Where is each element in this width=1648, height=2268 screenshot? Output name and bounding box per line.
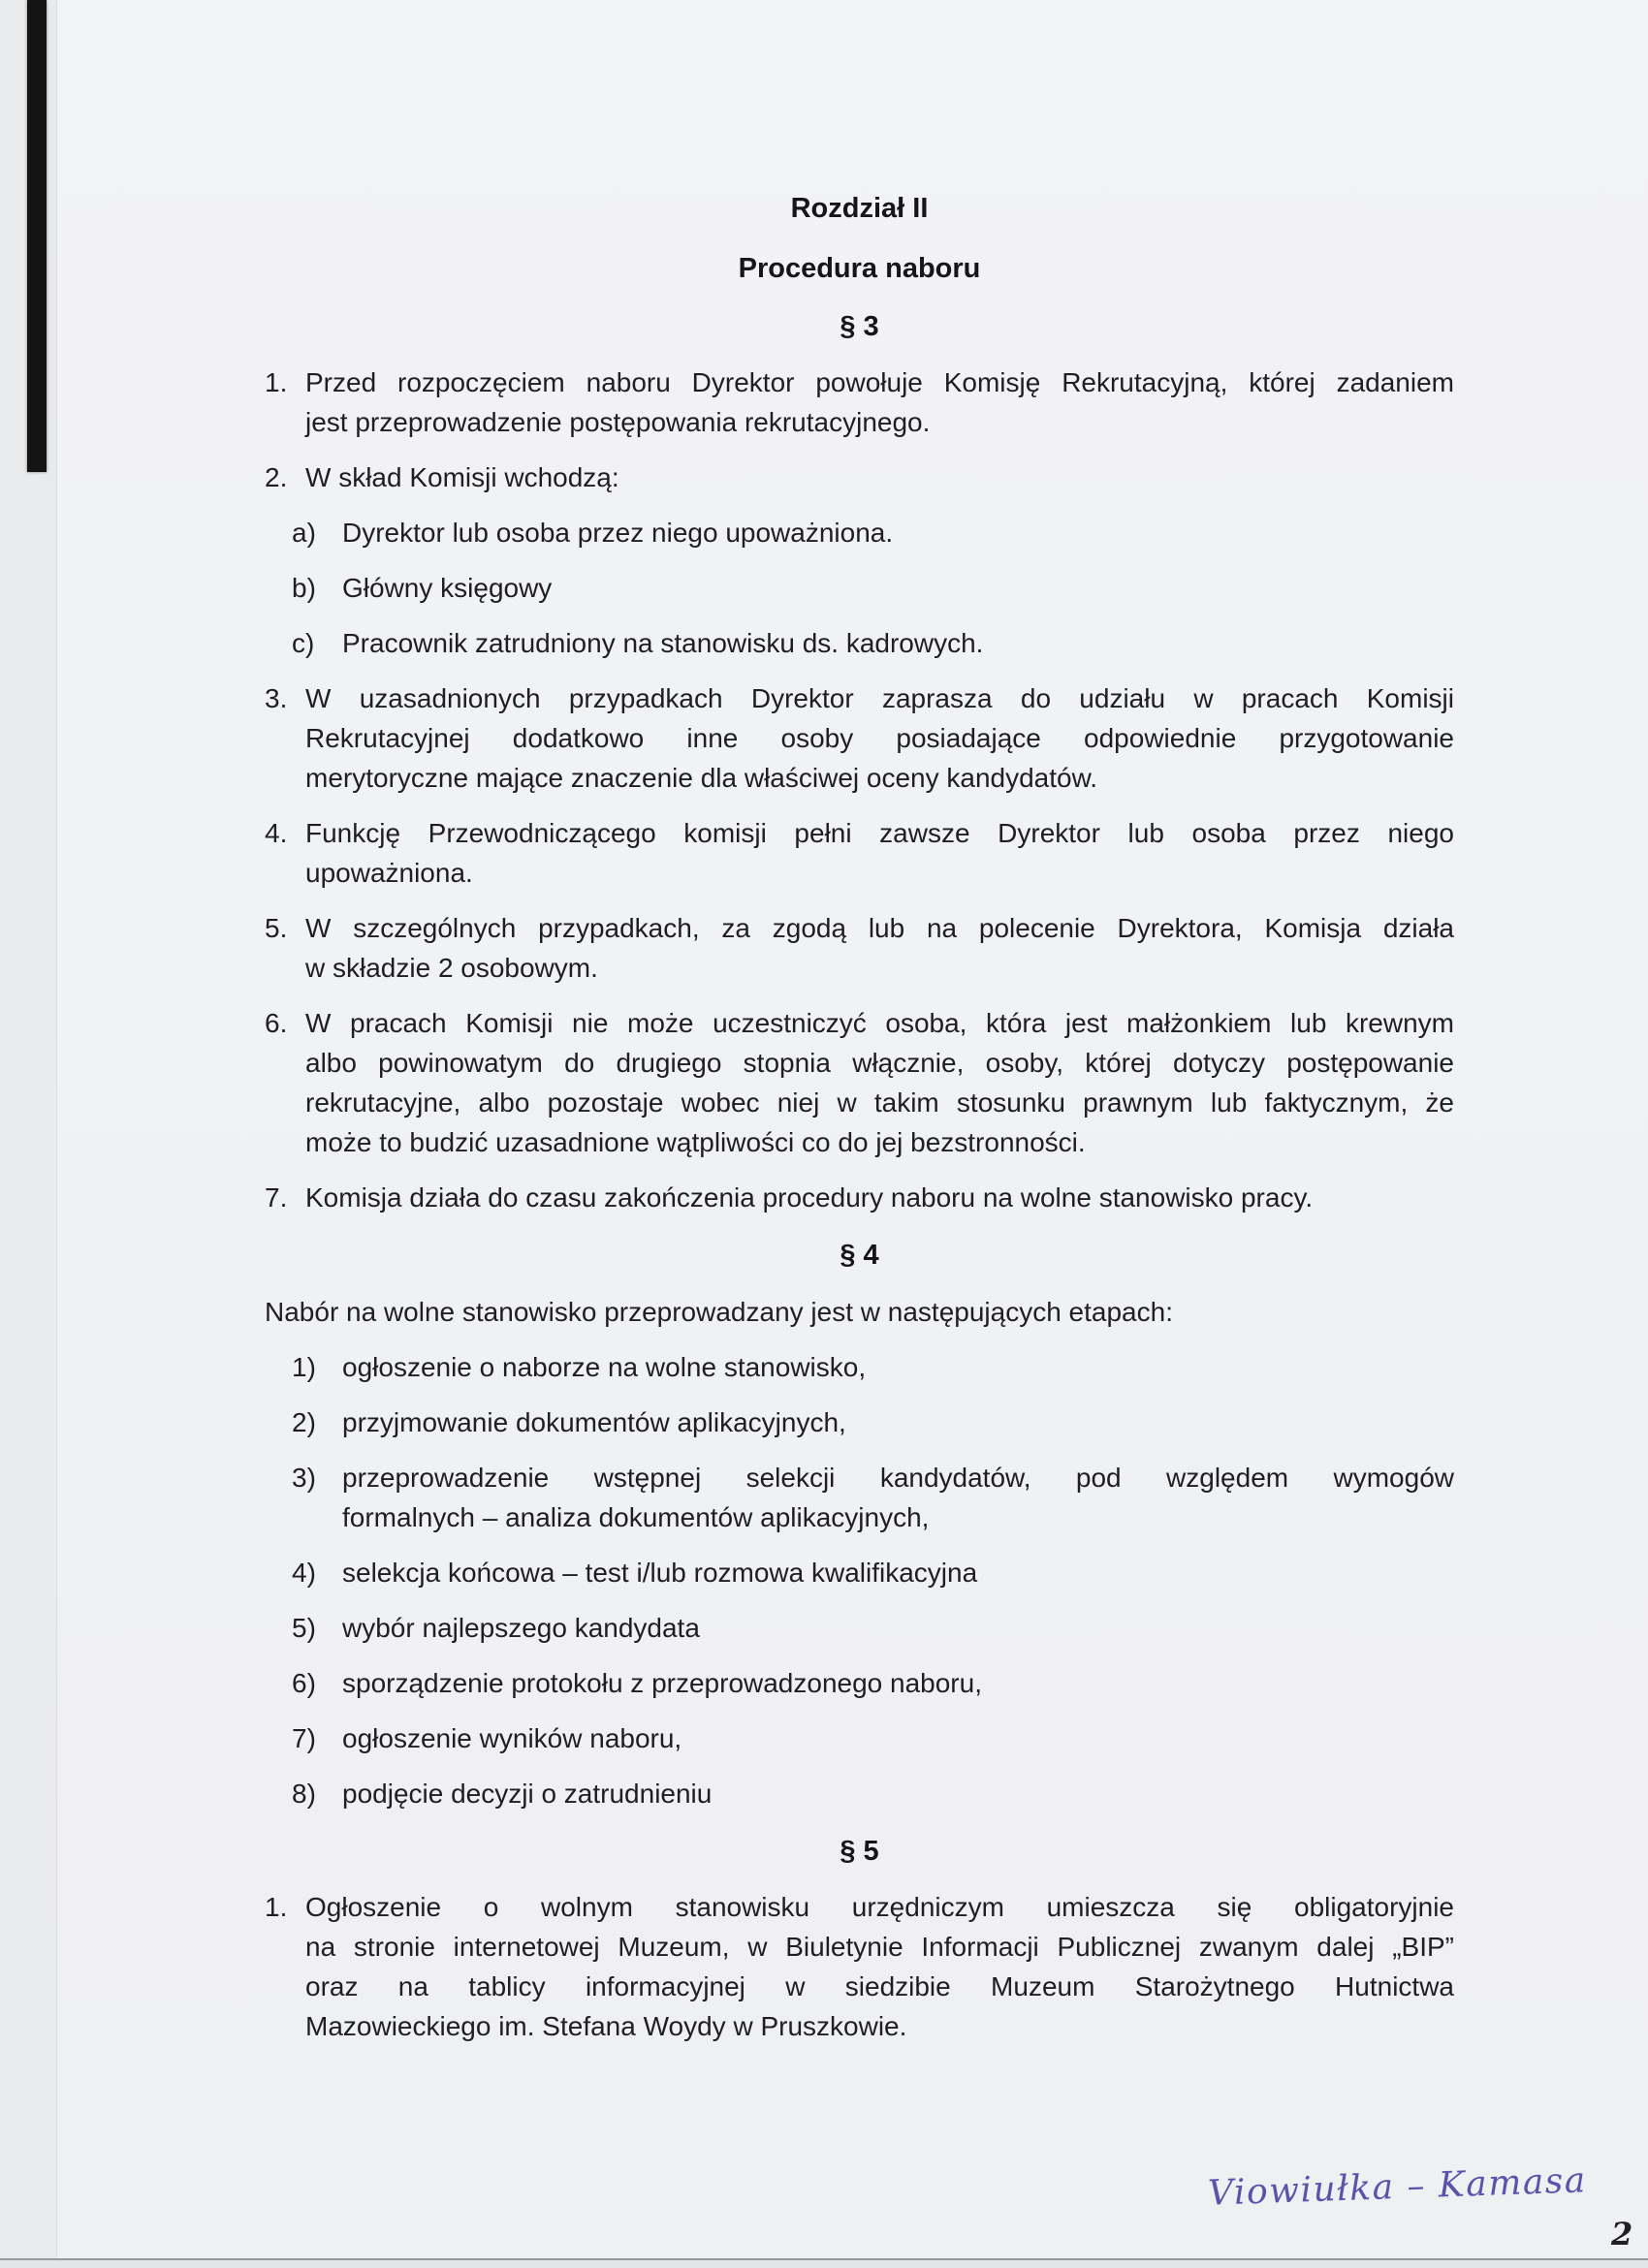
document-body: Rozdział II Procedura naboru § 31.Przed …: [265, 189, 1454, 2046]
handwritten-signature: Viowiułka – Kamasa: [1207, 2160, 1587, 2214]
text-line: W szczególnych przypadkach, za zgodą lub…: [305, 908, 1454, 948]
sub-list-item: 4)selekcja końcowa – test i/lub rozmowa …: [292, 1553, 1454, 1592]
scanned-page: Rozdział II Procedura naboru § 31.Przed …: [0, 0, 1648, 2268]
text-line: W skład Komisji wchodzą:: [305, 457, 1454, 497]
page-bottom-edge: [0, 2258, 1648, 2268]
list-item-number: 1.: [265, 1887, 305, 2046]
text-line: podjęcie decyzji o zatrudnieniu: [342, 1774, 1454, 1813]
text-line: przyjmowanie dokumentów aplikacyjnych,: [342, 1402, 1454, 1442]
list-item-text: ogłoszenie wyników naboru,: [342, 1718, 1454, 1758]
text-line: upoważniona.: [305, 853, 1454, 893]
list-item: 6.W pracach Komisji nie może uczestniczy…: [265, 1003, 1454, 1162]
list-item-text: Pracownik zatrudniony na stanowisku ds. …: [342, 623, 1454, 663]
sub-list-item: 5)wybór najlepszego kandydata: [292, 1608, 1454, 1648]
text-line: Pracownik zatrudniony na stanowisku ds. …: [342, 623, 1454, 663]
text-line: Dyrektor lub osoba przez niego upoważnio…: [342, 513, 1454, 552]
list-item-text: W pracach Komisji nie może uczestniczyć …: [305, 1003, 1454, 1162]
text-line: formalnych – analiza dokumentów aplikacy…: [342, 1497, 1454, 1537]
text-line: rekrutacyjne, albo pozostaje wobec niej …: [305, 1083, 1454, 1122]
list-item: 1.Przed rozpoczęciem naboru Dyrektor pow…: [265, 362, 1454, 442]
list-item-number: 1): [292, 1347, 342, 1387]
list-item-text: Ogłoszenie o wolnym stanowisku urzędnicz…: [305, 1887, 1454, 2046]
sub-list-item: a)Dyrektor lub osoba przez niego upoważn…: [292, 513, 1454, 552]
sub-list-item: 2)przyjmowanie dokumentów aplikacyjnych,: [292, 1402, 1454, 1442]
list-item-number: 6): [292, 1663, 342, 1703]
sub-list-item: 1)ogłoszenie o naborze na wolne stanowis…: [292, 1347, 1454, 1387]
list-item-number: 1.: [265, 362, 305, 442]
list-item-number: c): [292, 623, 342, 663]
list-item: 3.W uzasadnionych przypadkach Dyrektor z…: [265, 678, 1454, 798]
sub-list-item: b)Główny księgowy: [292, 568, 1454, 608]
list-item-text: Główny księgowy: [342, 568, 1454, 608]
sub-list-item: 8)podjęcie decyzji o zatrudnieniu: [292, 1774, 1454, 1813]
section-heading: § 3: [265, 307, 1454, 347]
list-item-number: 8): [292, 1774, 342, 1813]
list-item-text: W skład Komisji wchodzą:: [305, 457, 1454, 497]
text-line: Funkcję Przewodniczącego komisji pełni z…: [305, 813, 1454, 853]
list-item: 5.W szczególnych przypadkach, za zgodą l…: [265, 908, 1454, 988]
text-line: Rekrutacyjnej dodatkowo inne osoby posia…: [305, 718, 1454, 758]
text-line: Przed rozpoczęciem naboru Dyrektor powoł…: [305, 362, 1454, 402]
list-item-number: 6.: [265, 1003, 305, 1162]
list-item-text: Przed rozpoczęciem naboru Dyrektor powoł…: [305, 362, 1454, 442]
text-line: sporządzenie protokołu z przeprowadzoneg…: [342, 1663, 1454, 1703]
text-line: W uzasadnionych przypadkach Dyrektor zap…: [305, 678, 1454, 718]
text-line: przeprowadzenie wstępnej selekcji kandyd…: [342, 1458, 1454, 1497]
chapter-heading: Rozdział II: [265, 189, 1454, 229]
list-item-text: Komisja działa do czasu zakończenia proc…: [305, 1178, 1454, 1217]
section-heading: § 4: [265, 1236, 1454, 1276]
chapter-subtitle: Procedura naboru: [265, 249, 1454, 289]
list-item-number: 5): [292, 1608, 342, 1648]
text-line: oraz na tablicy informacyjnej w siedzibi…: [305, 1967, 1454, 2006]
list-item-number: 7): [292, 1718, 342, 1758]
text-line: Komisja działa do czasu zakończenia proc…: [305, 1178, 1454, 1217]
section-heading: § 5: [265, 1832, 1454, 1872]
list-item-number: 2): [292, 1402, 342, 1442]
text-line: Ogłoszenie o wolnym stanowisku urzędnicz…: [305, 1887, 1454, 1927]
list-item: 1.Ogłoszenie o wolnym stanowisku urzędni…: [265, 1887, 1454, 2046]
document-sections: § 31.Przed rozpoczęciem naboru Dyrektor …: [265, 307, 1454, 2046]
list-item-text: sporządzenie protokołu z przeprowadzoneg…: [342, 1663, 1454, 1703]
list-item-text: W uzasadnionych przypadkach Dyrektor zap…: [305, 678, 1454, 798]
list-item-number: 4.: [265, 813, 305, 893]
section-intro: Nabór na wolne stanowisko przeprowadzany…: [265, 1292, 1454, 1332]
text-line: merytoryczne mające znaczenie dla właści…: [305, 758, 1454, 798]
text-line: w składzie 2 osobowym.: [305, 948, 1454, 988]
list-item-text: przeprowadzenie wstępnej selekcji kandyd…: [342, 1458, 1454, 1537]
list-item: 4.Funkcję Przewodniczącego komisji pełni…: [265, 813, 1454, 893]
text-line: Mazowieckiego im. Stefana Woydy w Pruszk…: [305, 2006, 1454, 2046]
list-item-text: W szczególnych przypadkach, za zgodą lub…: [305, 908, 1454, 988]
list-item-number: b): [292, 568, 342, 608]
list-item-text: przyjmowanie dokumentów aplikacyjnych,: [342, 1402, 1454, 1442]
sub-list-item: 3)przeprowadzenie wstępnej selekcji kand…: [292, 1458, 1454, 1537]
text-line: może to budzić uzasadnione wątpliwości c…: [305, 1122, 1454, 1162]
text-line: Główny księgowy: [342, 568, 1454, 608]
list-item: 2.W skład Komisji wchodzą:: [265, 457, 1454, 497]
page-number: 2: [1611, 2216, 1632, 2252]
list-item-number: 4): [292, 1553, 342, 1592]
text-line: albo powinowatym do drugiego stopnia włą…: [305, 1043, 1454, 1083]
list-item-text: podjęcie decyzji o zatrudnieniu: [342, 1774, 1454, 1813]
sub-list-item: c)Pracownik zatrudniony na stanowisku ds…: [292, 623, 1454, 663]
list-item-number: 7.: [265, 1178, 305, 1217]
list-item-text: selekcja końcowa – test i/lub rozmowa kw…: [342, 1553, 1454, 1592]
sub-list-item: 6)sporządzenie protokołu z przeprowadzon…: [292, 1663, 1454, 1703]
text-line: ogłoszenie wyników naboru,: [342, 1718, 1454, 1758]
sub-list-item: 7)ogłoszenie wyników naboru,: [292, 1718, 1454, 1758]
list-item-number: 3.: [265, 678, 305, 798]
list-item-number: 5.: [265, 908, 305, 988]
list-item-text: ogłoszenie o naborze na wolne stanowisko…: [342, 1347, 1454, 1387]
list-item: 7.Komisja działa do czasu zakończenia pr…: [265, 1178, 1454, 1217]
list-item-number: a): [292, 513, 342, 552]
scan-artifact-strip: [27, 0, 47, 472]
text-line: na stronie internetowej Muzeum, w Biulet…: [305, 1927, 1454, 1967]
text-line: W pracach Komisji nie może uczestniczyć …: [305, 1003, 1454, 1043]
list-item-number: 3): [292, 1458, 342, 1537]
text-line: wybór najlepszego kandydata: [342, 1608, 1454, 1648]
text-line: selekcja końcowa – test i/lub rozmowa kw…: [342, 1553, 1454, 1592]
text-line: Nabór na wolne stanowisko przeprowadzany…: [265, 1292, 1454, 1332]
list-item-text: Funkcję Przewodniczącego komisji pełni z…: [305, 813, 1454, 893]
list-item-text: Dyrektor lub osoba przez niego upoważnio…: [342, 513, 1454, 552]
text-line: ogłoszenie o naborze na wolne stanowisko…: [342, 1347, 1454, 1387]
text-line: jest przeprowadzenie postępowania rekrut…: [305, 402, 1454, 442]
list-item-text: wybór najlepszego kandydata: [342, 1608, 1454, 1648]
list-item-number: 2.: [265, 457, 305, 497]
